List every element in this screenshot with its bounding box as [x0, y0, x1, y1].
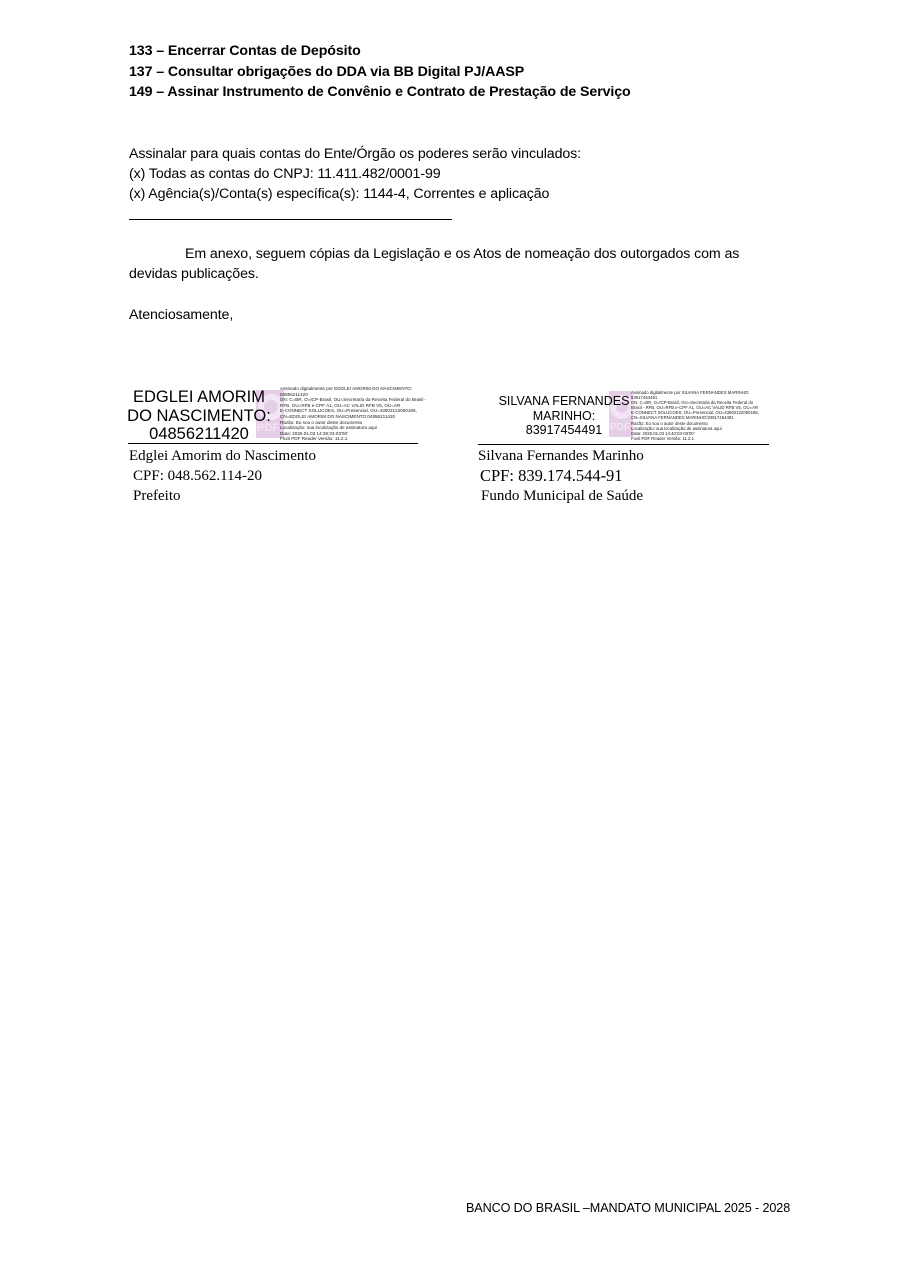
closing-text: Atenciosamente, [129, 305, 233, 325]
permission-item: 149 – Assinar Instrumento de Convênio e … [129, 82, 631, 102]
permission-item: 137 – Consultar obrigações do DDA via BB… [129, 62, 524, 82]
digital-signature-details: Assinado digitalmente por EDGLEI AMORIM … [280, 386, 426, 442]
accounts-intro: Assinalar para quais contas do Ente/Órgã… [129, 144, 581, 164]
annex-line-2: devidas publicações. [129, 264, 259, 284]
signature-line [128, 443, 418, 444]
signer-cpf: CPF: 839.174.544-91 [480, 466, 623, 486]
digital-signature-name: EDGLEI AMORIM DO NASCIMENTO: 04856211420 [124, 388, 274, 444]
permission-item: 133 – Encerrar Contas de Depósito [129, 41, 361, 61]
accounts-option-specific: (x) Agência(s)/Conta(s) específica(s): 1… [129, 184, 549, 204]
signer-cpf: CPF: 048.562.114-20 [133, 466, 262, 486]
signature-line [478, 444, 769, 445]
signer-role: Prefeito [133, 486, 180, 506]
signer-name: Silvana Fernandes Marinho [478, 446, 644, 466]
accounts-option-all: (x) Todas as contas do CNPJ: 11.411.482/… [129, 164, 441, 184]
digital-signature-details: Assinado digitalmente por SILVANA FERNAN… [631, 390, 759, 441]
signer-role: Fundo Municipal de Saúde [481, 486, 643, 506]
annex-line-1: Em anexo, seguem cópias da Legislação e … [185, 244, 739, 264]
signer-name: Edglei Amorim do Nascimento [129, 446, 316, 466]
page-footer: BANCO DO BRASIL –MANDATO MUNICIPAL 2025 … [466, 1201, 790, 1215]
document-page: 133 – Encerrar Contas de Depósito 137 – … [0, 0, 900, 1273]
divider-line [129, 219, 452, 220]
digital-signature-name: SILVANA FERNANDES MARINHO: 83917454491 [494, 394, 634, 438]
